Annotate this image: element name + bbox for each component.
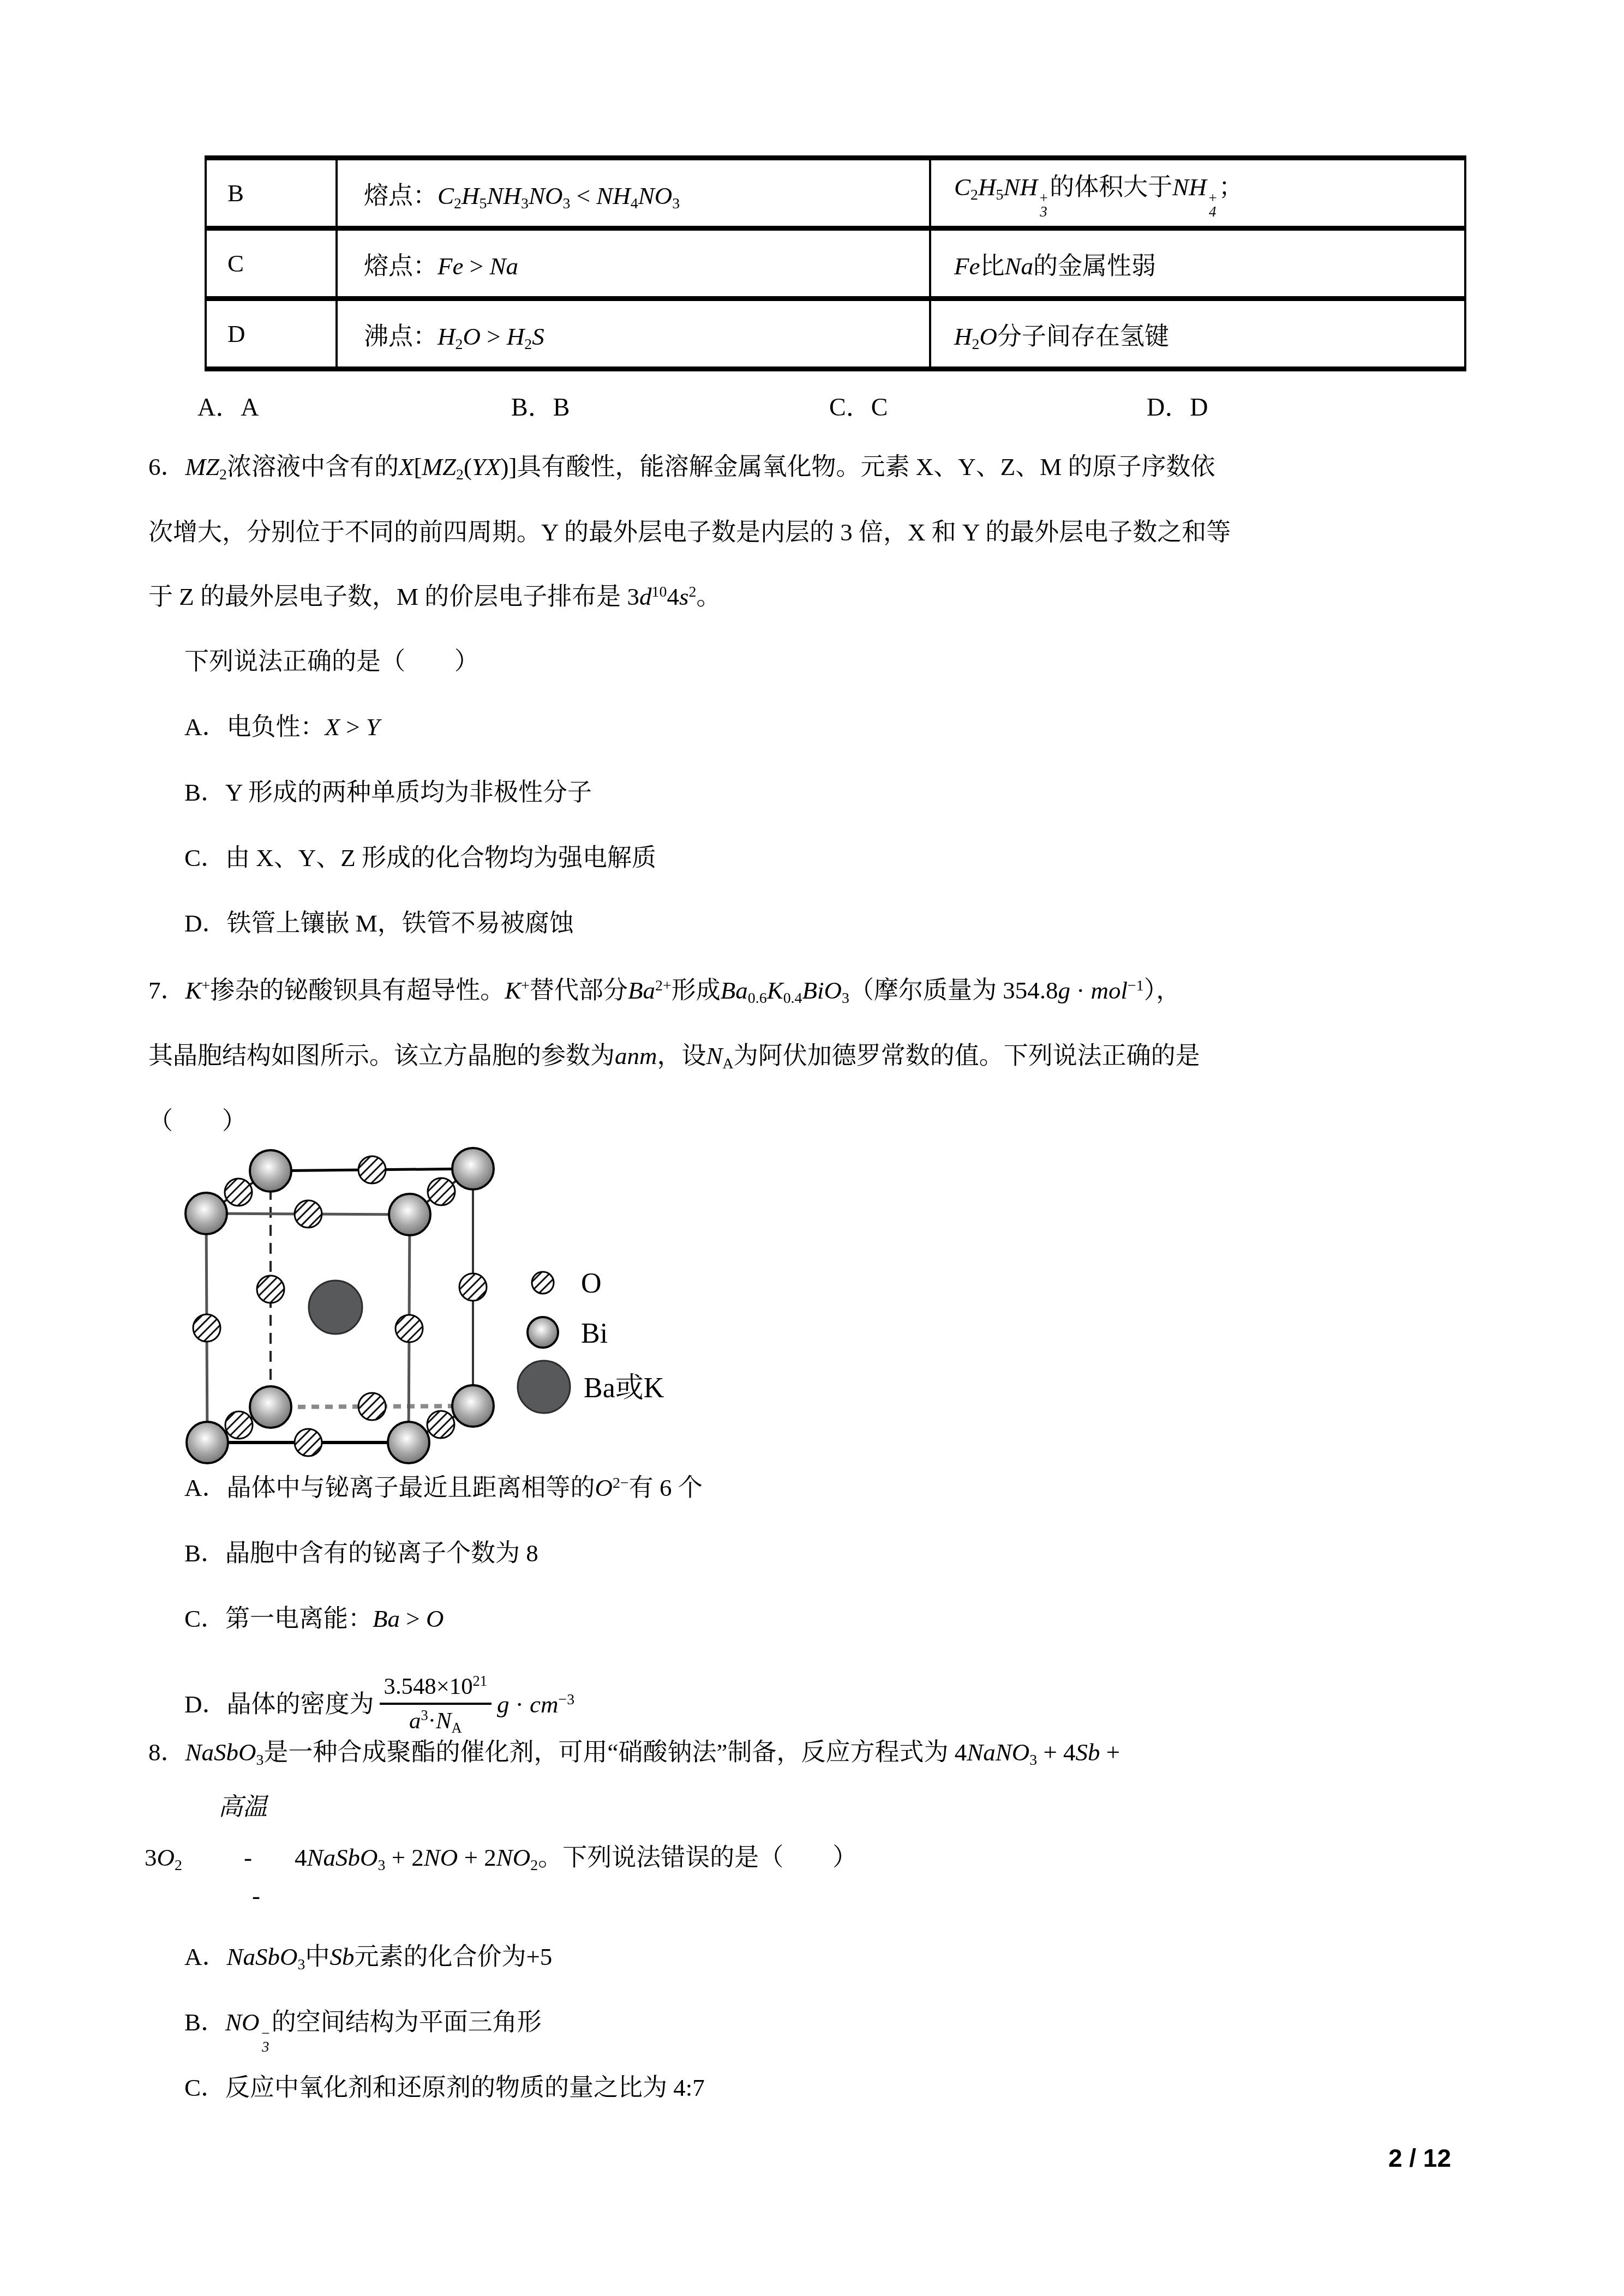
table-row: C 熔点：Fe > Na Fe比Na的金属性弱 (206, 229, 1465, 299)
q8-line-1: 8．NaSbO3是一种合成聚酯的催化剂，可用“硝酸钠法”制备，反应方程式为 4N… (148, 1737, 1120, 1768)
option-label: D． (184, 910, 227, 937)
o-atom (358, 1393, 386, 1420)
option-label: C． (184, 844, 225, 871)
table-row: B 熔点：C2H5NH3NO3 < NH4NO3 C2H5NH+3的体积大于NH… (206, 158, 1465, 229)
answer-choice-b: B．B (511, 387, 570, 423)
legend-bi-label: Bi (581, 1318, 608, 1349)
answer-choice-a: A．A (197, 387, 259, 423)
legend-bak-icon (518, 1361, 570, 1413)
option-text: 铁管上镶嵌 M，铁管不易被腐蚀 (227, 910, 574, 937)
option-label: A． (184, 1474, 227, 1501)
option-text: 第一电离能：Ba > O (225, 1605, 444, 1632)
bi-atom (187, 1422, 228, 1463)
legend-bak-label: Ba或K (584, 1373, 664, 1404)
q6-prompt: 下列说法正确的是（ ） (184, 646, 479, 677)
row-key: B (206, 158, 337, 229)
o-atom (257, 1276, 284, 1303)
q6-line-1: 6．MZ2浓溶液中含有的X[MZ2(YX)]具有酸性，能溶解金属氧化物。元素 X… (148, 452, 1215, 482)
bi-atom (388, 1422, 429, 1463)
q6-option-a: A．电负性：X > Y (184, 712, 380, 742)
q8-equation-left: 3O2 (145, 1842, 182, 1873)
option-label: C． (184, 2074, 225, 2101)
o-atom (427, 1411, 454, 1438)
option-text: 由 X、Y、Z 形成的化合物均为强电解质 (225, 844, 656, 871)
option-label: D． (184, 1691, 227, 1718)
option-text: 晶体中与铋离子最近且距离相等的O2−有 6 个 (227, 1474, 703, 1501)
q7-option-d: D．晶体的密度为3.548×1021a3·NAg · cm−3 (184, 1677, 574, 1737)
o-atom (193, 1314, 220, 1342)
option-text: 反应中氧化剂和还原剂的物质的量之比为 4:7 (225, 2074, 705, 2101)
q7-option-b: B．晶胞中含有的铋离子个数为 8 (184, 1538, 538, 1568)
comparison-table: B 熔点：C2H5NH3NO3 < NH4NO3 C2H5NH+3的体积大于NH… (205, 155, 1466, 371)
q8-arrow-dash-bottom: - (252, 1880, 260, 1911)
bi-atom (250, 1150, 291, 1192)
q7-option-c: C．第一电离能：Ba > O (184, 1603, 444, 1634)
bi-atom (250, 1386, 291, 1428)
q7-option-a: A．晶体中与铋离子最近且距离相等的O2−有 6 个 (184, 1472, 703, 1503)
option-label: B． (184, 779, 225, 806)
q8-option-a: A．NaSbO3中Sb元素的化合价为+5 (184, 1942, 552, 1972)
row-property: 熔点：C2H5NH3NO3 < NH4NO3 (337, 158, 930, 229)
row-reason: C2H5NH+3的体积大于NH+4； (930, 158, 1465, 229)
option-text: 电负性：X > Y (227, 713, 380, 741)
crystal-structure-figure: O Bi Ba或K (164, 1140, 791, 1478)
option-label: A． (184, 713, 227, 741)
bi-atom (389, 1194, 430, 1235)
q8-equation-right: 4NaSbO3 + 2NO + 2NO2。下列说法错误的是（ ） (295, 1842, 857, 1873)
q7-line-1: 7．K+掺杂的铋酸钡具有超导性。K+替代部分Ba2+形成Ba0.6K0.4BiO… (148, 975, 1180, 1006)
legend-o-icon (532, 1272, 554, 1294)
row-reason: H2O分子间存在氢键 (930, 299, 1465, 369)
o-atom (295, 1200, 322, 1228)
legend-o-label: O (581, 1268, 602, 1299)
q6-option-b: B．Y 形成的两种单质均为非极性分子 (184, 777, 592, 808)
o-atom (295, 1429, 322, 1456)
o-atom (428, 1178, 455, 1205)
answer-choices-row: A．A B．B C．C D．D (0, 387, 1624, 420)
row-property: 熔点：Fe > Na (337, 229, 930, 299)
bi-atom (452, 1385, 494, 1427)
o-atom (225, 1411, 253, 1439)
option-text: NaSbO3中Sb元素的化合价为+5 (227, 1943, 553, 1970)
page-number: 2 / 12 (1388, 2143, 1451, 2173)
o-atom (225, 1179, 252, 1206)
row-key: C (206, 229, 337, 299)
exam-page: B 熔点：C2H5NH3NO3 < NH4NO3 C2H5NH+3的体积大于NH… (0, 0, 1624, 2296)
q6-line-3: 于 Z 的最外层电子数，M 的价层电子排布是 3d104s2。 (148, 581, 721, 612)
answer-choice-c: C．C (829, 387, 888, 423)
option-label: C． (184, 1605, 225, 1632)
option-label: B． (184, 1540, 225, 1567)
answer-choice-d: D．D (1147, 387, 1208, 423)
o-atom (395, 1315, 423, 1342)
q8-arrow-dash-top: - (244, 1842, 252, 1873)
figure-legend: O Bi Ba或K (518, 1268, 664, 1413)
o-atom (459, 1273, 487, 1301)
legend-bi-icon (528, 1317, 558, 1348)
q8-option-b: B．NO−3的空间结构为平面三角形 (184, 2007, 542, 2054)
option-text: Y 形成的两种单质均为非极性分子 (225, 779, 592, 806)
q6-option-d: D．铁管上镶嵌 M，铁管不易被腐蚀 (184, 908, 574, 939)
option-text: NO−3的空间结构为平面三角形 (225, 2009, 542, 2036)
option-label: A． (184, 1943, 227, 1970)
row-reason: Fe比Na的金属性弱 (930, 229, 1465, 299)
bi-atom (185, 1193, 227, 1234)
q6-option-c: C．由 X、Y、Z 形成的化合物均为强电解质 (184, 843, 656, 873)
row-key: D (206, 299, 337, 369)
row-property: 沸点：H2O > H2S (337, 299, 930, 369)
option-text: 晶胞中含有的铋离子个数为 8 (225, 1540, 538, 1567)
q8-reaction-condition: 高温 (218, 1792, 267, 1822)
bi-atom (452, 1148, 494, 1189)
option-label: B． (184, 2009, 225, 2036)
q7-line-3: （ ） (148, 1106, 247, 1137)
q7-line-2: 其晶胞结构如图所示。该立方晶胞的参数为anm，设NA为阿伏加德罗常数的值。下列说… (148, 1041, 1200, 1071)
q8-option-c: C．反应中氧化剂和还原剂的物质的量之比为 4:7 (184, 2072, 705, 2103)
q6-line-2: 次增大，分别位于不同的前四周期。Y 的最外层电子数是内层的 3 倍，X 和 Y … (148, 517, 1231, 548)
bak-atom (309, 1281, 362, 1334)
table-row: D 沸点：H2O > H2S H2O分子间存在氢键 (206, 299, 1465, 369)
option-text: 晶体的密度为3.548×1021a3·NAg · cm−3 (227, 1691, 575, 1718)
o-atom (358, 1156, 386, 1183)
